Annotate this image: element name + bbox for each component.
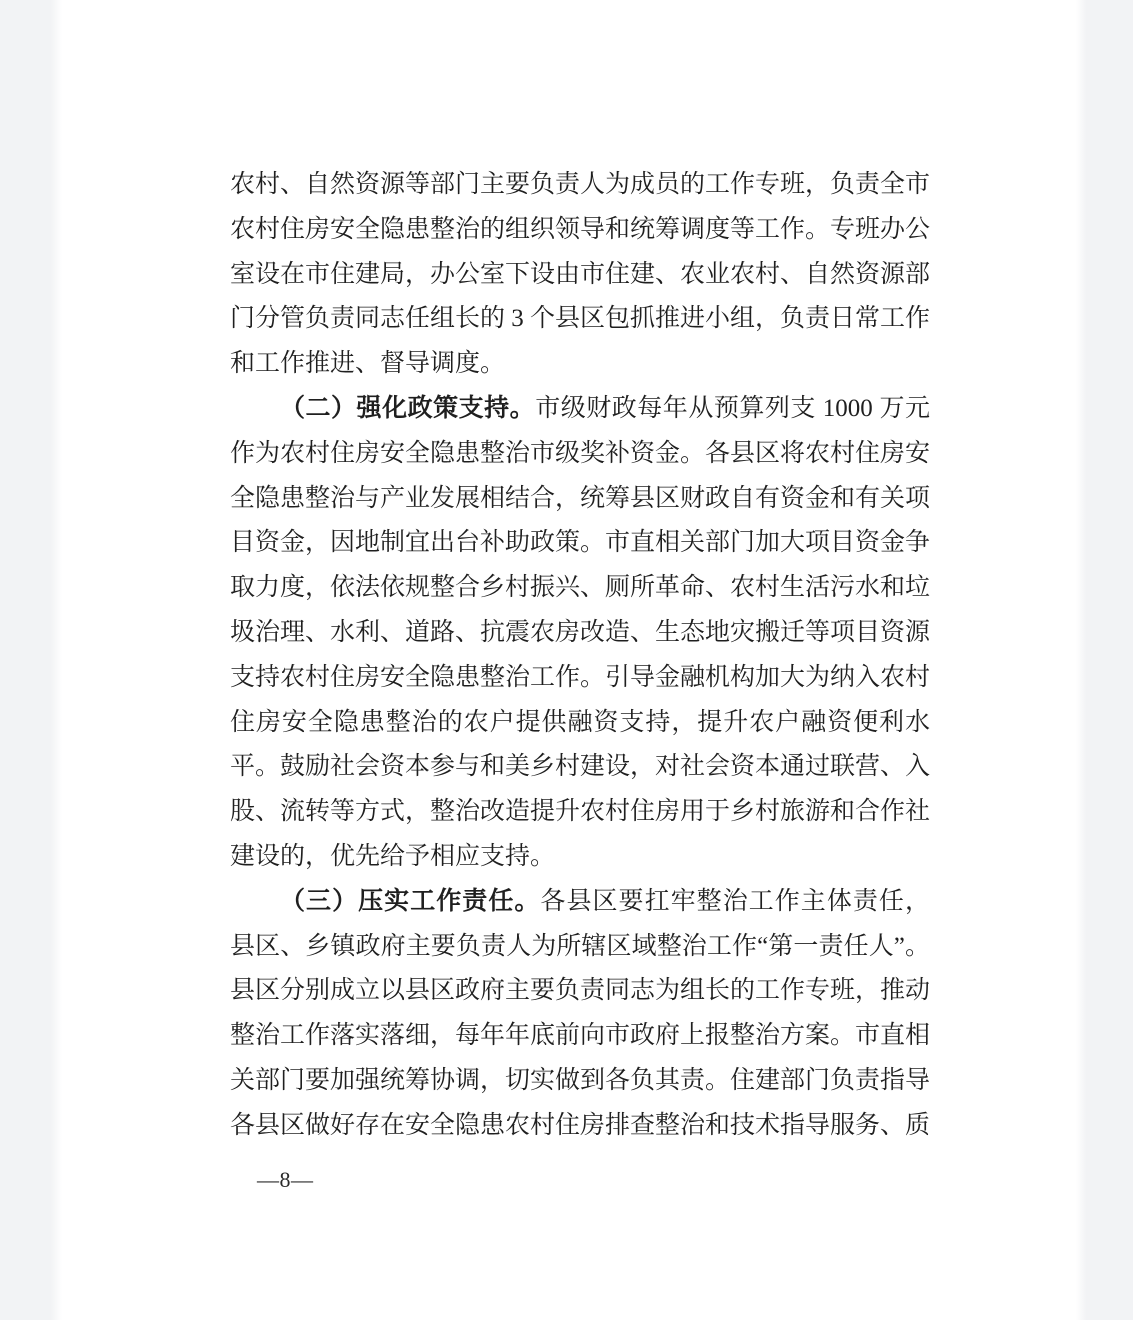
paragraph: （三）压实工作责任。各县区要扛牢整治工作主体责任，县区、乡镇政府主要负责人为所辖… <box>230 880 930 1149</box>
paragraph-lead-text: （二）强化政策支持。 <box>280 395 535 422</box>
paragraph-body-text: 市级财政每年从预算列支 1000 万元作为农村住房安全隐患整治市级奖补资金。各县… <box>230 395 930 870</box>
paragraph: 农村、自然资源等部门主要负责人为成员的工作专班，负责全市农村住房安全隐患整治的组… <box>230 163 930 387</box>
right-gutter <box>1076 0 1133 1320</box>
document-viewer: 农村、自然资源等部门主要负责人为成员的工作专班，负责全市农村住房安全隐患整治的组… <box>0 0 1133 1320</box>
page-number: —8— <box>257 1166 314 1194</box>
document-text: 农村、自然资源等部门主要负责人为成员的工作专班，负责全市农村住房安全隐患整治的组… <box>230 163 930 1149</box>
paragraph: （二）强化政策支持。市级财政每年从预算列支 1000 万元作为农村住房安全隐患整… <box>230 387 930 880</box>
document-page: 农村、自然资源等部门主要负责人为成员的工作专班，负责全市农村住房安全隐患整治的组… <box>62 0 1076 1320</box>
left-gutter <box>0 0 62 1320</box>
paragraph-body-text: 各县区要扛牢整治工作主体责任，县区、乡镇政府主要负责人为所辖区域整治工作“第一责… <box>230 888 930 1139</box>
paragraph-body-text: 农村、自然资源等部门主要负责人为成员的工作专班，负责全市农村住房安全隐患整治的组… <box>230 171 930 377</box>
paragraph-lead-text: （三）压实工作责任。 <box>280 888 540 915</box>
